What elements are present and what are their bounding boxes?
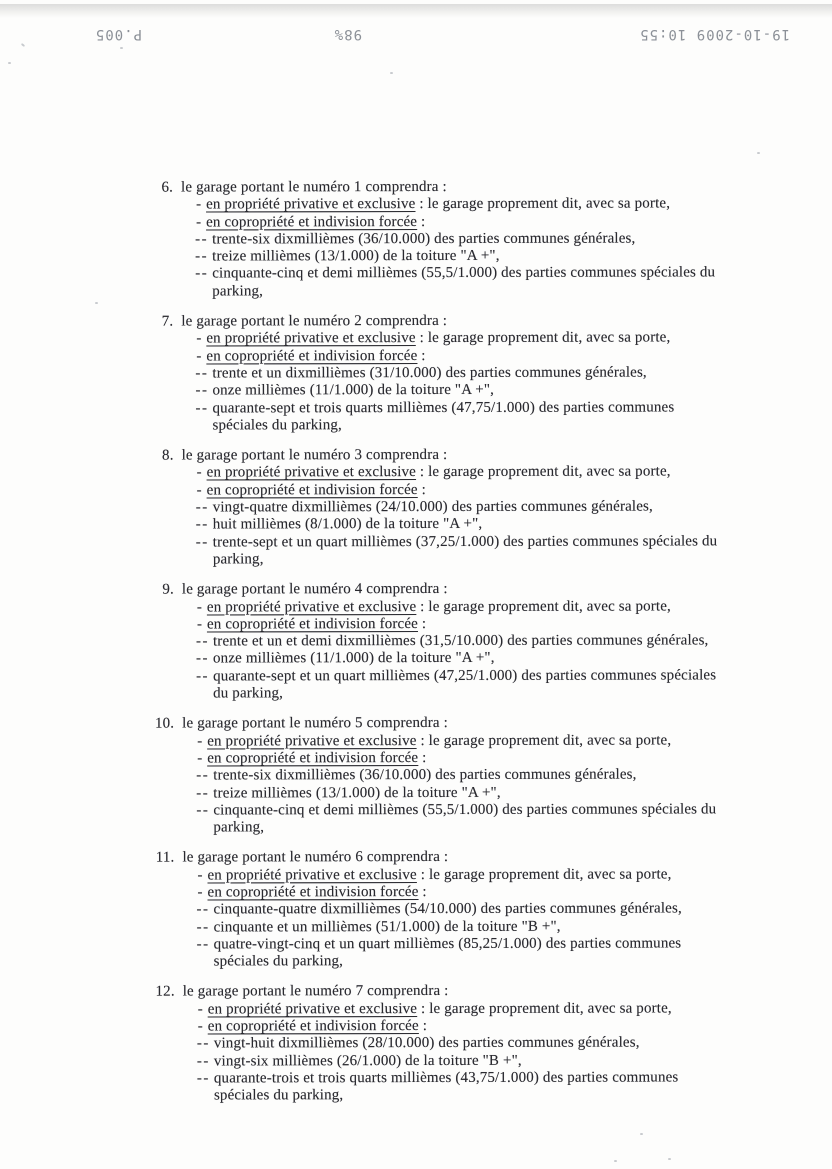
item-heading-line: 9. le garage portant le numéro 4 compren… [148, 581, 718, 599]
coownership-text: : [418, 750, 426, 766]
double-dash-bullet: -- [196, 785, 213, 802]
item-title: le garage portant le numéro 6 comprendra… [182, 849, 718, 867]
share-line: -- cinquante-cinq et demi millièmes (55,… [196, 801, 718, 837]
private-property-text: : le garage proprement dit, avec sa port… [417, 732, 672, 749]
share-line: -- quatre-vingt-cinq et un quart millièm… [197, 935, 719, 971]
list-item: 9. le garage portant le numéro 4 compren… [148, 581, 718, 703]
share-text: onze millièmes (11/1.000) de la toiture … [213, 650, 718, 668]
private-property-line: - en propriété privative et exclusive : … [196, 330, 717, 348]
list-item: 11. le garage portant le numéro 6 compre… [148, 849, 718, 971]
item-heading-line: 10. le garage portant le numéro 5 compre… [148, 715, 718, 733]
share-text: cinquante-cinq et demi millièmes (55,5/1… [213, 801, 718, 837]
coownership-line: - en copropriété et indivision forcée : [197, 615, 718, 633]
item-number: 8. [148, 448, 174, 465]
double-dash-bullet: -- [195, 249, 212, 266]
share-line: -- quarante-sept et trois quarts millièm… [195, 399, 717, 435]
dash-bullet: - [198, 1001, 208, 1018]
dash-bullet: - [197, 616, 207, 633]
dash-bullet: - [197, 884, 207, 901]
share-line: -- trente-six dixmillièmes (36/10.000) d… [196, 767, 718, 785]
share-line: -- vingt-six millièmes (26/1.000) de la … [197, 1052, 719, 1070]
coownership-label: en copropriété et indivision forcée [207, 616, 418, 632]
coownership-line: - en copropriété et indivision forcée : [197, 749, 718, 767]
share-line: -- trente et un dixmillièmes (31/10.000)… [195, 364, 717, 382]
share-line: -- treize millièmes (13/1.000) de la toi… [195, 248, 717, 266]
share-text: cinquante-cinq et demi millièmes (55,5/1… [212, 265, 717, 301]
item-title: le garage portant le numéro 4 comprendra… [182, 581, 718, 599]
share-text: vingt-quatre dixmillièmes (24/10.000) de… [213, 498, 718, 516]
private-property-line: - en propriété privative et exclusive : … [197, 598, 718, 616]
share-text: quarante-sept et trois quarts millièmes … [212, 399, 717, 435]
share-line: -- vingt-quatre dixmillièmes (24/10.000)… [196, 498, 718, 516]
double-dash-bullet: -- [196, 768, 213, 785]
private-property-text: : le garage proprement dit, avec sa port… [417, 866, 672, 883]
private-property-label: en propriété privative et exclusive [206, 330, 415, 346]
private-property-label: en propriété privative et exclusive [207, 733, 416, 749]
item-number: 7. [147, 314, 173, 331]
scan-speck [640, 1133, 643, 1135]
share-text: cinquante-quatre dixmillièmes (54/10.000… [214, 901, 719, 919]
item-number: 10. [148, 716, 174, 733]
double-dash-bullet: -- [196, 517, 213, 534]
share-text: vingt-huit dixmillièmes (28/10.000) des … [214, 1035, 719, 1053]
dash-bullet: - [198, 1019, 208, 1036]
dash-bullet: - [197, 599, 207, 616]
private-property-text: : le garage proprement dit, avec sa port… [416, 464, 671, 481]
double-dash-bullet: -- [195, 231, 212, 248]
coownership-line: - en copropriété et indivision forcée : [197, 481, 718, 499]
coownership-label: en copropriété et indivision forcée [207, 884, 418, 900]
item-title: le garage portant le numéro 1 comprendra… [181, 178, 717, 196]
double-dash-bullet: -- [197, 902, 214, 919]
share-text: cinquante et un millièmes (51/1.000) de … [214, 918, 719, 936]
double-dash-bullet: -- [195, 383, 212, 400]
share-text: treize millièmes (13/1.000) de la toitur… [212, 248, 717, 266]
share-text: vingt-six millièmes (26/1.000) de la toi… [214, 1052, 719, 1070]
coownership-label: en copropriété et indivision forcée [207, 482, 418, 498]
coownership-label: en copropriété et indivision forcée [206, 348, 417, 364]
double-dash-bullet: -- [197, 936, 214, 953]
item-heading-line: 12. le garage portant le numéro 7 compre… [149, 983, 719, 1001]
share-line: -- cinquante-quatre dixmillièmes (54/10.… [197, 901, 719, 919]
share-line: -- huit millièmes (8/1.000) de la toitur… [196, 516, 718, 534]
list-item: 8. le garage portant le numéro 3 compren… [148, 447, 718, 569]
item-heading-line: 8. le garage portant le numéro 3 compren… [148, 447, 718, 465]
dash-bullet: - [196, 331, 206, 348]
share-text: quatre-vingt-cinq et un quart millièmes … [214, 935, 719, 971]
fax-transmission-header: 19-10-2009 10:55 98% P.005 [0, 22, 832, 44]
dash-bullet: - [197, 733, 207, 750]
coownership-line: - en copropriété et indivision forcée : [197, 883, 718, 901]
list-item: 7. le garage portant le numéro 2 compren… [147, 312, 717, 434]
share-line: -- onze millièmes (11/1.000) de la toitu… [196, 650, 718, 668]
dash-bullet: - [197, 482, 207, 499]
share-text: trente et un et demi dixmillièmes (31,5/… [213, 633, 718, 651]
double-dash-bullet: -- [195, 400, 212, 417]
share-text: treize millièmes (13/1.000) de la toitur… [213, 784, 718, 802]
private-property-label: en propriété privative et exclusive [207, 867, 416, 883]
double-dash-bullet: -- [196, 500, 213, 517]
double-dash-bullet: -- [196, 651, 213, 668]
fax-quality-percent: 98% [334, 26, 362, 42]
scan-speck [614, 1160, 617, 1162]
scan-speck [668, 1158, 671, 1160]
coownership-line: - en copropriété et indivision forcée : [198, 1017, 719, 1035]
private-property-label: en propriété privative et exclusive [206, 196, 415, 212]
share-line: -- onze millièmes (11/1.000) de la toitu… [195, 382, 717, 400]
share-text: trente-sept et un quart millièmes (37,25… [213, 533, 718, 569]
scan-speck [120, 47, 123, 49]
coownership-label: en copropriété et indivision forcée [207, 750, 418, 766]
share-line: -- trente-sept et un quart millièmes (37… [196, 533, 718, 569]
item-number: 6. [147, 180, 173, 197]
share-text: quarante-sept et un quart millièmes (47,… [213, 667, 718, 703]
item-heading-line: 11. le garage portant le numéro 6 compre… [148, 849, 718, 867]
private-property-line: - en propriété privative et exclusive : … [197, 732, 718, 750]
item-number: 9. [148, 582, 174, 599]
double-dash-bullet: -- [195, 365, 212, 382]
double-dash-bullet: -- [197, 919, 214, 936]
coownership-text: : [417, 348, 425, 364]
coownership-label: en copropriété et indivision forcée [206, 214, 417, 230]
coownership-text: : [417, 214, 425, 230]
private-property-line: - en propriété privative et exclusive : … [197, 866, 718, 884]
private-property-text: : le garage proprement dit, avec sa port… [416, 598, 671, 615]
dash-bullet: - [197, 750, 207, 767]
share-text: trente et un dixmillièmes (31/10.000) de… [212, 364, 717, 382]
document-body: 6. le garage portant le numéro 1 compren… [147, 178, 719, 1118]
scan-speck [757, 152, 760, 154]
double-dash-bullet: -- [197, 1036, 214, 1053]
fax-page-number: P.005 [95, 26, 142, 42]
item-heading-line: 7. le garage portant le numéro 2 compren… [147, 312, 717, 330]
private-property-label: en propriété privative et exclusive [207, 599, 416, 615]
double-dash-bullet: -- [196, 802, 213, 819]
item-heading-line: 6. le garage portant le numéro 1 compren… [147, 178, 717, 196]
list-item: 10. le garage portant le numéro 5 compre… [148, 715, 718, 837]
share-text: huit millièmes (8/1.000) de la toiture "… [213, 516, 718, 534]
fax-datetime: 19-10-2009 10:55 [639, 26, 790, 42]
item-title: le garage portant le numéro 5 comprendra… [182, 715, 718, 733]
double-dash-bullet: -- [197, 1053, 214, 1070]
scan-speck [8, 62, 11, 64]
scan-speck [95, 302, 98, 304]
share-line: -- treize millièmes (13/1.000) de la toi… [196, 784, 718, 802]
share-line: -- quarante-sept et un quart millièmes (… [196, 667, 718, 703]
private-property-label: en propriété privative et exclusive [208, 1001, 417, 1017]
scan-speck [390, 72, 393, 74]
coownership-text: : [418, 616, 426, 632]
coownership-line: - en copropriété et indivision forcée : [196, 213, 717, 231]
coownership-text: : [419, 884, 427, 900]
share-line: -- vingt-huit dixmillièmes (28/10.000) d… [197, 1035, 719, 1053]
private-property-text: : le garage proprement dit, avec sa port… [416, 330, 671, 347]
share-line: -- trente-six dixmillièmes (36/10.000) d… [195, 230, 717, 248]
dash-bullet: - [196, 348, 206, 365]
share-text: trente-six dixmillièmes (36/10.000) des … [213, 767, 718, 785]
private-property-line: - en propriété privative et exclusive : … [197, 464, 718, 482]
dash-bullet: - [196, 214, 206, 231]
item-title: le garage portant le numéro 7 comprendra… [183, 983, 719, 1001]
double-dash-bullet: -- [196, 668, 213, 685]
item-title: le garage portant le numéro 3 comprendra… [182, 447, 718, 465]
item-number: 12. [149, 984, 175, 1001]
dash-bullet: - [197, 867, 207, 884]
share-text: trente-six dixmillièmes (36/10.000) des … [212, 230, 717, 248]
item-number: 11. [148, 850, 174, 867]
double-dash-bullet: -- [196, 634, 213, 651]
share-text: quarante-trois et trois quarts millièmes… [214, 1069, 719, 1105]
private-property-label: en propriété privative et exclusive [207, 464, 416, 480]
share-line: -- trente et un et demi dixmillièmes (31… [196, 633, 718, 651]
list-item: 12. le garage portant le numéro 7 compre… [149, 983, 719, 1105]
private-property-text: : le garage proprement dit, avec sa port… [417, 1000, 672, 1017]
coownership-text: : [418, 482, 426, 498]
list-item: 6. le garage portant le numéro 1 compren… [147, 178, 717, 300]
private-property-text: : le garage proprement dit, avec sa port… [415, 196, 670, 213]
coownership-text: : [419, 1018, 427, 1034]
coownership-label: en copropriété et indivision forcée [208, 1018, 419, 1034]
private-property-line: - en propriété privative et exclusive : … [196, 196, 717, 214]
double-dash-bullet: -- [195, 266, 212, 283]
scanner-edge-band [0, 4, 832, 18]
dash-bullet: - [197, 465, 207, 482]
coownership-line: - en copropriété et indivision forcée : [196, 347, 717, 365]
scanned-fax-page: 19-10-2009 10:55 98% P.005 6. le garage … [0, 0, 832, 1169]
share-line: -- cinquante et un millièmes (51/1.000) … [197, 918, 719, 936]
item-title: le garage portant le numéro 2 comprendra… [181, 312, 717, 330]
double-dash-bullet: -- [197, 1070, 214, 1087]
share-text: onze millièmes (11/1.000) de la toiture … [212, 382, 717, 400]
double-dash-bullet: -- [196, 534, 213, 551]
share-line: -- cinquante-cinq et demi millièmes (55,… [195, 265, 717, 301]
private-property-line: - en propriété privative et exclusive : … [198, 1000, 719, 1018]
dash-bullet: - [196, 197, 206, 214]
share-line: -- quarante-trois et trois quarts milliè… [197, 1069, 719, 1105]
